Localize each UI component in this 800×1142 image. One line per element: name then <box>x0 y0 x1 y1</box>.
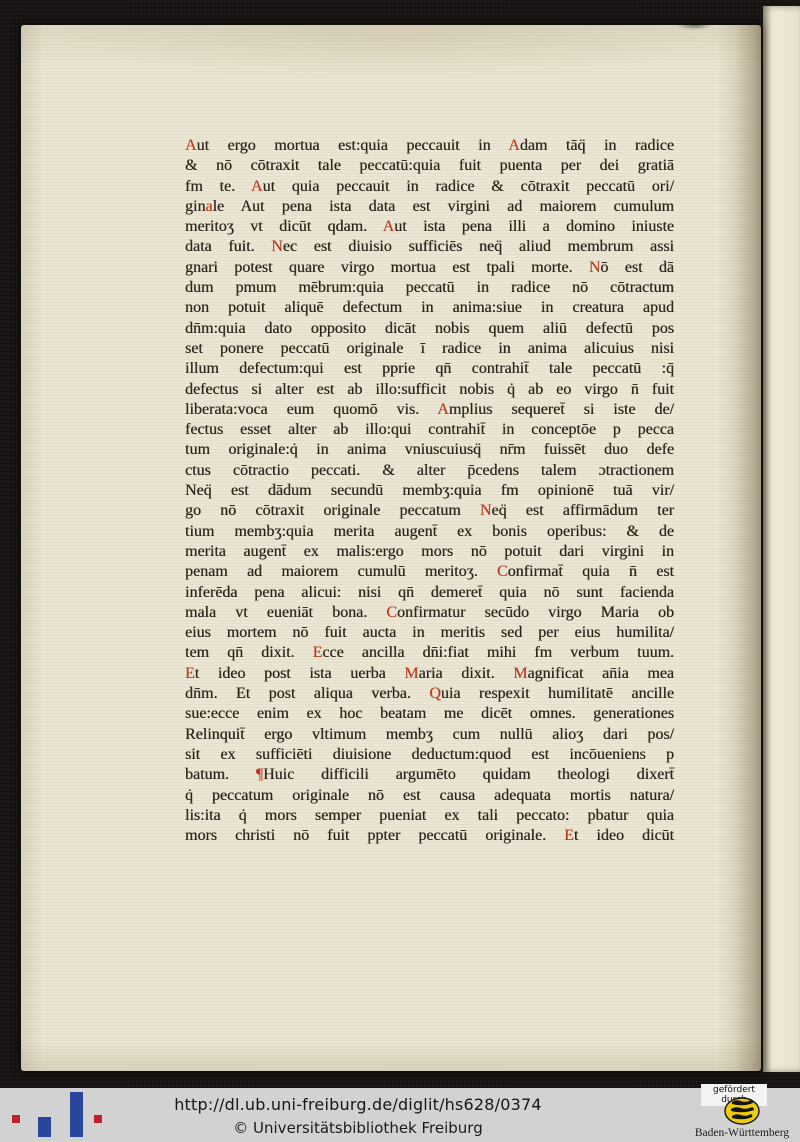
text-line: liberata:voca eum quomō vis. Amplius seq… <box>185 400 674 420</box>
text-line: mala vt eueniāt bona. Confirmatur secūdo… <box>185 603 674 623</box>
text-line: set ponere peccatū originale ī radice in… <box>185 339 674 359</box>
text-line: non potuit aliquē defectum in anima:siue… <box>185 298 674 318</box>
text-line: Neq̈ est dādum secundū membʒ:quia fm opi… <box>185 481 674 501</box>
text-line: fectus esset alter ab illo:qui contrahit… <box>185 420 674 440</box>
text-line: go nō cōtraxit originale peccatum Neq̈ e… <box>185 501 674 521</box>
text-line: ginale Aut pena ista data est virgini ad… <box>185 197 674 217</box>
logo-red-square-left <box>12 1115 20 1123</box>
text-line: dum pmum mēbrum:quia peccatū in radice n… <box>185 278 674 298</box>
funder-name: Baden-Württemberg <box>686 1127 798 1139</box>
text-line: inferēda pena alicui: nisi qn̄ demeret̄ … <box>185 583 674 603</box>
logo-red-square-right <box>94 1115 102 1123</box>
text-line: Relinquit̄ ergo vltimum membʒ cum nullū … <box>185 725 674 745</box>
text-line: batum. ¶Huic difficili argumēto quidam t… <box>185 765 674 785</box>
text-line: tem qn̄ dixit. Ecce ancilla dn̄i:fiat mi… <box>185 643 674 663</box>
text-line: fm te. Aut quia peccauit in radice & cōt… <box>185 177 674 197</box>
text-line: tum originale:q̇ in anima vniuscuiusq̈ n… <box>185 440 674 460</box>
text-line: gnari potest quare virgo mortua est tpal… <box>185 258 674 278</box>
text-line: merita augent̄ ex malis:ergo mors nō pot… <box>185 542 674 562</box>
baden-wuerttemberg-crest-icon <box>722 1097 762 1130</box>
text-line: Aut ergo mortua est:quia peccauit in Ada… <box>185 136 674 156</box>
copyright-notice: © Universitätsbibliothek Freiburg <box>158 1119 558 1137</box>
manuscript-text: Aut ergo mortua est:quia peccauit in Ada… <box>185 136 674 846</box>
text-line: sit ex sufficiēti diuisione deductum:quo… <box>185 745 674 765</box>
text-line: meritoʒ vt dicūt qdam. Aut ista pena ill… <box>185 217 674 237</box>
text-line: tium membʒ:quia merita augent̄ ex bonis … <box>185 522 674 542</box>
text-line: defectus si alter est ab illo:sufficit n… <box>185 380 674 400</box>
text-line: & nō cōtraxit tale peccatū:quia fuit pue… <box>185 156 674 176</box>
text-line: ctus cōtractio peccati. & alter p̄cedens… <box>185 461 674 481</box>
text-line: penam ad maiorem cumulū meritoʒ. Confirm… <box>185 562 674 582</box>
text-line: sue:ecce enim ex hoc beatam me dicēt omn… <box>185 704 674 724</box>
text-line: illum defectum:qui est pprie qn̄ contrah… <box>185 359 674 379</box>
text-line: dn̄m. Et post aliqua verba. Quia respexi… <box>185 684 674 704</box>
text-line: eius mortem nō fuit aucta in meritis sed… <box>185 623 674 643</box>
text-line: lis:ita q̇ mors semper pueniat ex tali p… <box>185 806 674 826</box>
facing-page-edge <box>763 6 800 1072</box>
logo-bar-short <box>38 1117 51 1137</box>
text-line: Et ideo post ista uerba Maria dixit. Mag… <box>185 664 674 684</box>
text-line: dn̄m:quia dato opposito dicāt nobis quem… <box>185 319 674 339</box>
logo-bar-tall <box>70 1092 83 1137</box>
scan-background: Aut ergo mortua est:quia peccauit in Ada… <box>0 0 800 1142</box>
source-url: http://dl.ub.uni-freiburg.de/diglit/hs62… <box>158 1095 558 1114</box>
text-line: data fuit. Nec est diuisio sufficiēs neq… <box>185 237 674 257</box>
text-line: q̇ peccatum originale nō est causa adequ… <box>185 786 674 806</box>
text-line: mors christi nō fuit ppter peccatū origi… <box>185 826 674 846</box>
manuscript-page: Aut ergo mortua est:quia peccauit in Ada… <box>21 25 761 1071</box>
